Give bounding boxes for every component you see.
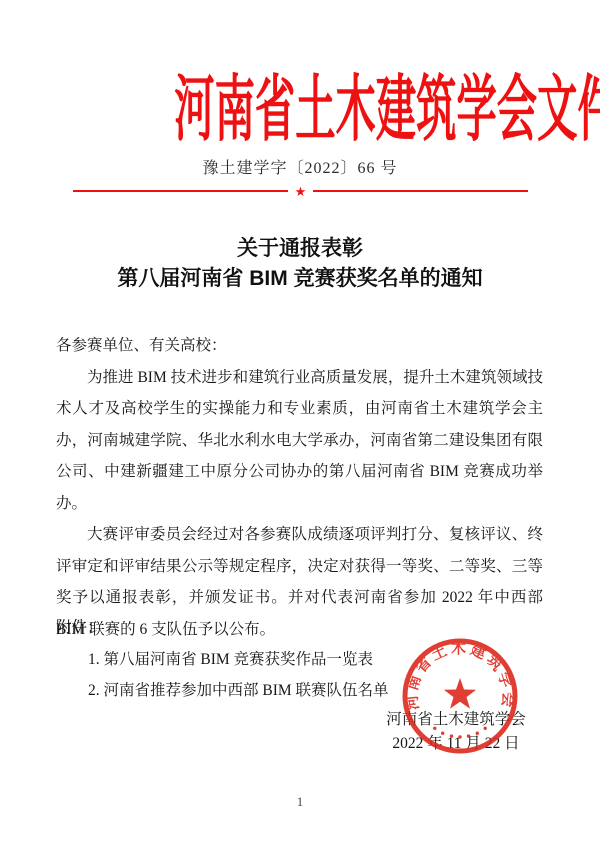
paragraph-1: 为推进 BIM 技术进步和建筑行业高质量发展，提升土木建筑领域技术人才及高校学生… xyxy=(56,362,543,520)
notice-title-line1: 关于通报表彰 xyxy=(0,234,600,264)
document-page: 河南省土木建筑学会文件 豫土建学字〔2022〕66 号 ★ 关于通报表彰 第八届… xyxy=(0,0,600,848)
signature-date: 2022 年 11 月 22 日 xyxy=(370,732,542,756)
attachment-item-1: 1. 第八届河南省 BIM 竞赛获奖作品一览表 xyxy=(56,644,476,676)
page-number: 1 xyxy=(0,794,600,810)
salutation: 各参赛单位、有关高校： xyxy=(56,330,543,362)
attachment-item-2: 2. 河南省推荐参加中西部 BIM 联赛队伍名单 xyxy=(56,675,476,707)
letterhead: 河南省土木建筑学会文件 xyxy=(0,72,600,148)
rule-line-right xyxy=(313,190,528,192)
notice-title: 关于通报表彰 第八届河南省 BIM 竞赛获奖名单的通知 xyxy=(0,234,600,294)
org-title: 河南省土木建筑学会文件 xyxy=(174,72,600,148)
red-rule: ★ xyxy=(73,184,528,198)
attachments-block: 附件： 1. 第八届河南省 BIM 竞赛获奖作品一览表 2. 河南省推荐参加中西… xyxy=(56,612,476,707)
star-icon: ★ xyxy=(295,185,307,198)
notice-title-line2: 第八届河南省 BIM 竞赛获奖名单的通知 xyxy=(0,264,600,294)
doc-number: 豫土建学字〔2022〕66 号 xyxy=(0,158,600,180)
rule-line-left xyxy=(73,190,288,192)
attachments-label: 附件： xyxy=(56,612,476,644)
signature-block: 河南省土木建筑学会 2022 年 11 月 22 日 xyxy=(370,708,542,756)
signature-org: 河南省土木建筑学会 xyxy=(370,708,542,732)
body-text: 各参赛单位、有关高校： 为推进 BIM 技术进步和建筑行业高质量发展，提升土木建… xyxy=(56,330,543,645)
